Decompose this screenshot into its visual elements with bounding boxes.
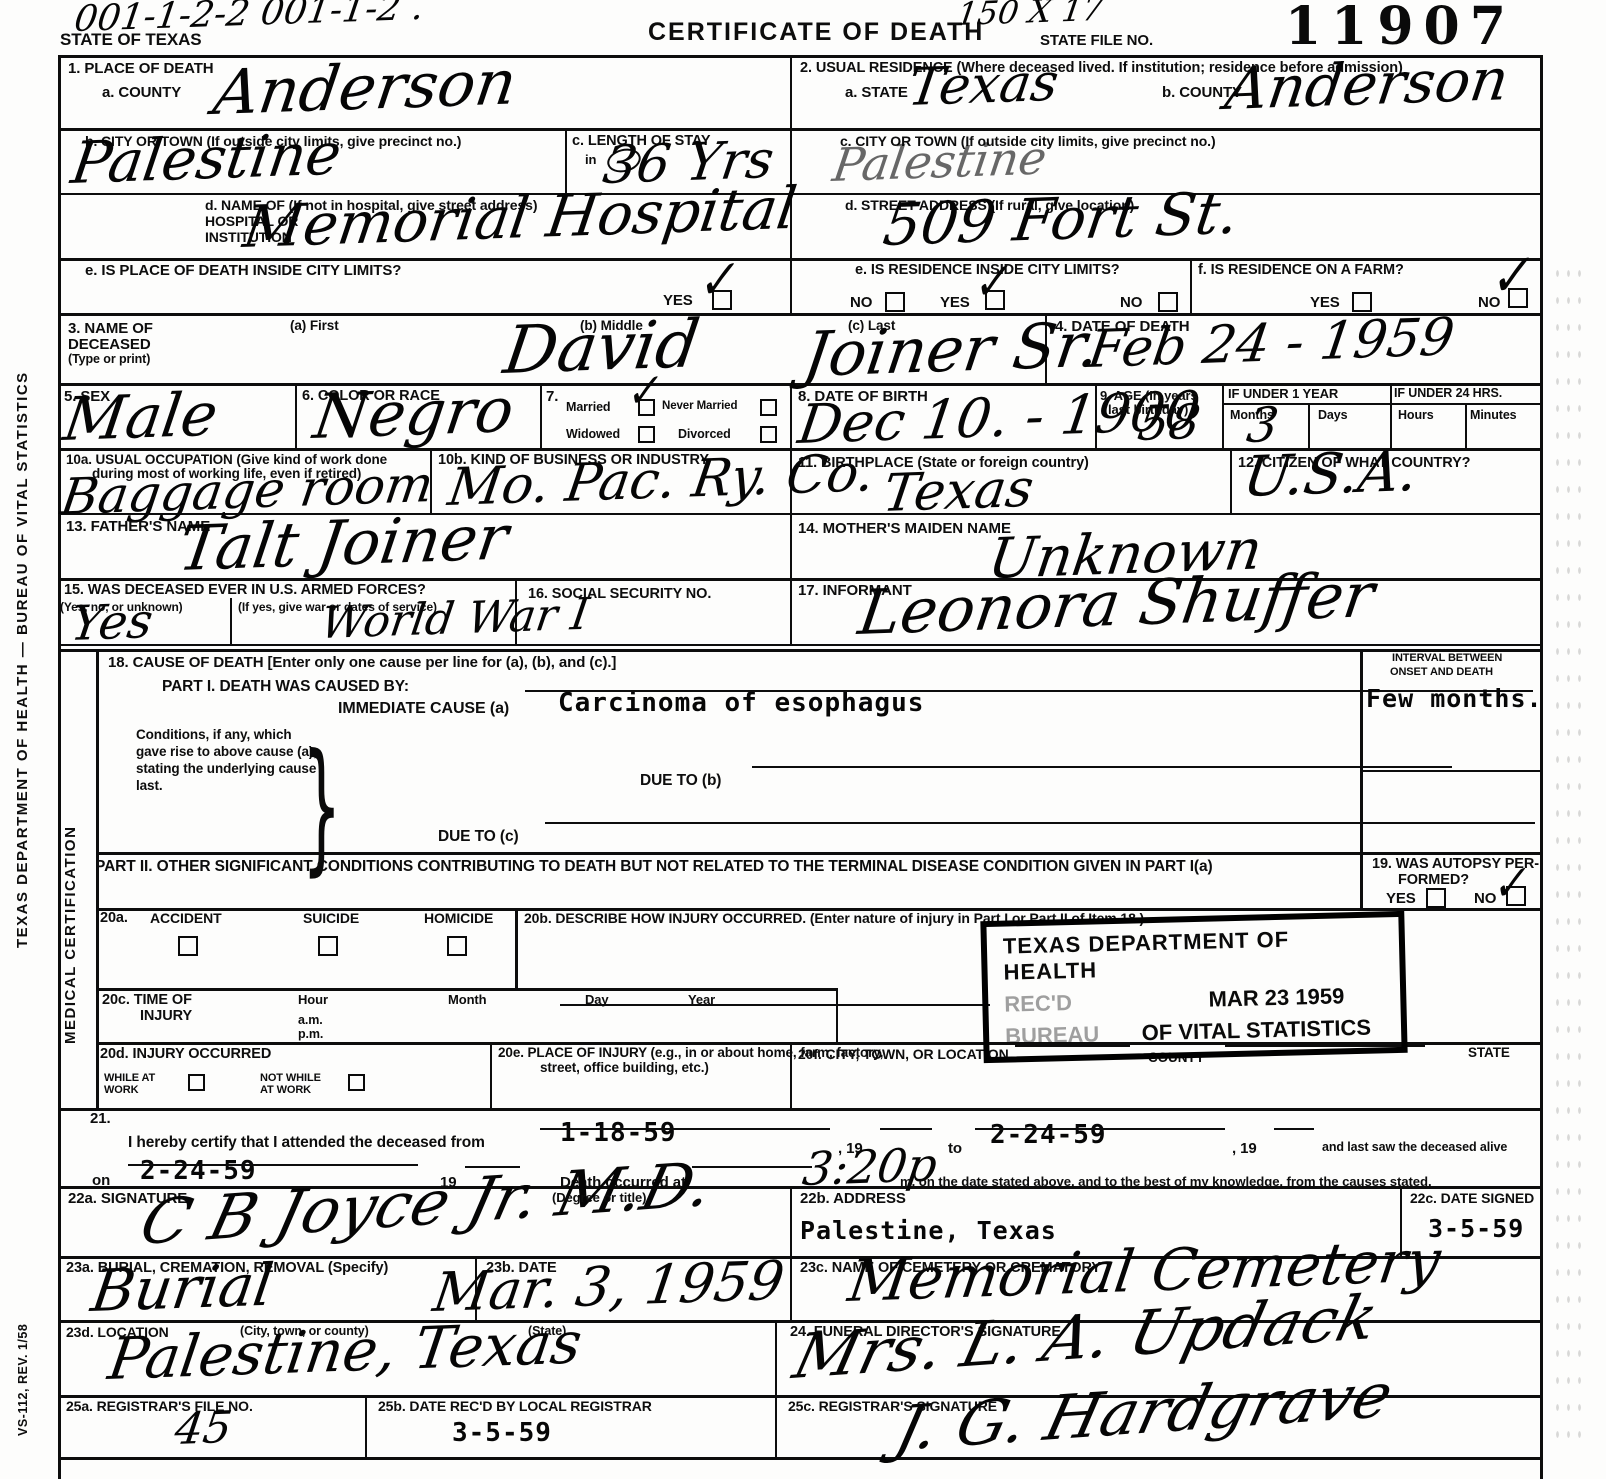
form-divider [365, 1395, 367, 1457]
injury-state-label: STATE [1468, 1045, 1510, 1060]
scan-noise [1552, 260, 1588, 1440]
form-divider [515, 908, 518, 988]
residence-limits-no-label: NO [1120, 294, 1142, 311]
citizen-value: U.S.A. [1240, 444, 1421, 506]
informant-value: Leonora Shuffer [855, 564, 1378, 644]
county-label: a. COUNTY [102, 84, 181, 101]
form-line [96, 988, 838, 991]
degree-or-title-label: (Degree or title) [552, 1190, 646, 1205]
city-or-town-value: Palestine [68, 125, 345, 192]
burial-date-value: Mar. 3, 1959 [430, 1254, 787, 1320]
residence-state-value: Texas [905, 57, 1062, 114]
interval-value: Few months. [1366, 684, 1543, 713]
name-of-deceased-label-3: (Type or print) [68, 352, 150, 366]
street-address-value: 509 Fort St. [880, 184, 1242, 254]
residence-limits-no-checkbox [1158, 292, 1178, 312]
if-under-24-hrs-label: IF UNDER 24 HRS. [1394, 386, 1502, 400]
hours-label: Hours [1398, 408, 1434, 422]
injury-city-label: 20f. CITY, TOWN, OR LOCATION [798, 1046, 1009, 1062]
form-divider [230, 598, 232, 646]
year-label: Year [688, 992, 715, 1007]
form-line [1360, 770, 1540, 772]
check-icon: ✓ [1489, 245, 1540, 307]
farm-yes-label: YES [1310, 294, 1340, 311]
form-border-right [1540, 55, 1543, 1479]
form-line [58, 1457, 1542, 1460]
homicide-label: HOMICIDE [424, 910, 493, 926]
married-label: Married [566, 400, 610, 414]
year-line [880, 1128, 932, 1130]
time-of-injury-label: 20c. TIME OF [102, 992, 192, 1008]
date-recd-value: 3-5-59 [452, 1418, 552, 1448]
check-icon: ✓ [625, 366, 666, 416]
not-while-at-work-label-2: AT WORK [260, 1084, 311, 1096]
year-line-b [1274, 1128, 1314, 1130]
autopsy-label-2: FORMED? [1398, 872, 1469, 888]
form-line [58, 644, 1542, 646]
residence-state-label: a. STATE [845, 84, 908, 101]
address-label: 22b. ADDRESS [800, 1190, 906, 1207]
check-icon: ✓ [1491, 858, 1534, 910]
hospital-name-value: Memorial Hospital [240, 179, 800, 256]
marital-status-label: 7. [546, 388, 558, 405]
form-line [58, 1108, 1542, 1111]
month-label: Month [448, 992, 486, 1007]
minutes-label: Minutes [1470, 408, 1517, 422]
date-recd-label: 25b. DATE REC'D BY LOCAL REGISTRAR [378, 1398, 652, 1414]
autopsy-yes-label: YES [1386, 890, 1416, 907]
divorced-label: Divorced [678, 427, 731, 441]
attended-to-date: 2-24-59 [990, 1120, 1107, 1150]
place-of-injury-label-2: street, office building, etc.) [540, 1060, 709, 1075]
suicide-checkbox [318, 936, 338, 956]
item-20a-label: 20a. [100, 910, 128, 926]
location-value: Palestine, Texas [105, 1314, 585, 1388]
header-note-handwriting: 150 X 17 [955, 0, 1105, 30]
form-divider [790, 1256, 792, 1320]
day-label: Day [585, 992, 609, 1007]
stamp-date: MAR 23 1959 [1208, 983, 1344, 1012]
part1-label: PART I. DEATH WAS CAUSED BY: [162, 678, 409, 696]
am-label: a.m. [298, 1013, 323, 1027]
time-of-injury-label-2: INJURY [140, 1008, 192, 1024]
form-divider [1465, 405, 1467, 450]
social-security-label: 16. SOCIAL SECURITY NO. [528, 586, 711, 602]
hour-label: Hour [298, 992, 328, 1007]
residence-county-value: Anderson [1222, 50, 1512, 118]
color-or-race-value: Negro [310, 379, 517, 448]
place-of-death-label: 1. PLACE OF DEATH [68, 60, 214, 77]
fathers-name-value: Talt Joiner [175, 507, 512, 580]
to-label: to [948, 1140, 962, 1157]
middle-name-label: (b) Middle [580, 318, 643, 333]
form-divider [790, 1186, 792, 1256]
pm-label: p.m. [298, 1027, 323, 1041]
divorced-checkbox [760, 426, 777, 443]
widowed-checkbox [638, 426, 655, 443]
if-under-1-year-label: IF UNDER 1 YEAR [1228, 386, 1338, 401]
while-at-work-label: WHILE AT [104, 1072, 155, 1084]
place-inside-limits-label: e. IS PLACE OF DEATH INSIDE CITY LIMITS? [85, 262, 401, 279]
stamp-line3: OF VITAL STATISTICS [1141, 1015, 1371, 1047]
injury-occurred-label: 20d. INJURY OCCURRED [100, 1046, 271, 1062]
name-of-deceased-label: 3. NAME OF [68, 320, 153, 337]
residence-limits-yes-label: YES [940, 294, 970, 311]
last-saw-alive-text: and last saw the deceased alive [1322, 1140, 1507, 1154]
part2-label: PART II. OTHER SIGNIFICANT CONDITIONS CO… [95, 858, 1213, 876]
form-divider [1190, 258, 1192, 315]
form-divider [836, 988, 838, 1042]
place-limits-no-checkbox [885, 292, 905, 312]
state-file-no-label: STATE FILE NO. [1040, 32, 1153, 49]
certificate-title: CERTIFICATE OF DEATH [648, 18, 984, 47]
year-19-label-b: , 19 [1232, 1140, 1257, 1157]
attended-from-date: 1-18-59 [560, 1118, 677, 1148]
stamp-bureau-label: BUREAU [1005, 1021, 1100, 1049]
burial-value: Burial [88, 1256, 277, 1320]
suicide-label: SUICIDE [303, 910, 359, 926]
death-certificate-scan: 001-1-2-2 001-1-2 . STATE OF TEXAS CERTI… [0, 0, 1606, 1479]
never-married-label: Never Married [662, 400, 737, 412]
registrar-file-no-value: 45 [172, 1406, 235, 1452]
autopsy-yes-checkbox [1426, 888, 1446, 908]
birthplace-value: Texas [880, 463, 1037, 520]
due-to-c-label: DUE TO (c) [438, 828, 519, 846]
accident-label: ACCIDENT [150, 910, 222, 926]
place-limits-no-label: NO [850, 294, 872, 311]
form-divider [1390, 383, 1392, 448]
conditions-note: Conditions, if any, which gave rise to a… [136, 726, 321, 794]
immediate-cause-label: IMMEDIATE CAUSE (a) [338, 700, 509, 718]
due-to-c-line [545, 822, 1535, 824]
while-at-work-label-2: WORK [104, 1084, 138, 1096]
interval-label-2: ONSET AND DEATH [1390, 666, 1493, 678]
state-of-texas-label: STATE OF TEXAS [60, 30, 202, 50]
residence-farm-label: f. IS RESIDENCE ON A FARM? [1198, 262, 1404, 278]
days-label: Days [1318, 408, 1347, 422]
age-value: 58 [1135, 398, 1203, 448]
sex-value: Male [60, 385, 221, 450]
never-married-checkbox [760, 399, 777, 416]
on-label: on [92, 1172, 110, 1189]
immediate-cause-value: Carcinoma of esophagus [558, 688, 924, 718]
county-value: Anderson [210, 52, 520, 124]
margin-department-text: TEXAS DEPARTMENT OF HEALTH — BUREAU OF V… [14, 240, 31, 1080]
form-divider [1222, 383, 1224, 448]
length-of-stay-in-label: in [585, 152, 596, 167]
cause-of-death-label: 18. CAUSE OF DEATH [Enter only one cause… [108, 654, 616, 671]
certify-text-end: m. on the date stated above, and to the … [900, 1174, 1432, 1189]
form-divider [790, 383, 792, 646]
form-divider [1360, 649, 1363, 908]
widowed-label: Widowed [566, 427, 620, 441]
check-icon: ✓ [697, 252, 744, 309]
form-divider [96, 649, 99, 1108]
name-of-deceased-label-2: DECEASED [68, 336, 151, 353]
form-divider [775, 1320, 777, 1395]
first-name-label: (a) First [290, 318, 339, 333]
received-stamp: TEXAS DEPARTMENT OF HEALTH REC'D MAR 23 … [980, 911, 1407, 1063]
form-border-left [58, 55, 61, 1479]
form-line [560, 1004, 990, 1006]
farm-yes-checkbox [1352, 292, 1372, 312]
check-icon: ✓ [972, 254, 1017, 309]
residence-city-value: Palestine [830, 135, 1050, 188]
homicide-checkbox [447, 936, 467, 956]
form-divider [540, 383, 542, 448]
due-to-b-label: DUE TO (b) [640, 772, 721, 790]
due-to-b-line [752, 766, 1452, 768]
not-while-at-work-label: NOT WHILE [260, 1072, 321, 1084]
months-value: 3 [1244, 401, 1281, 450]
armed-forces-value: Yes [68, 597, 156, 648]
stamp-recd-label: REC'D [1004, 990, 1072, 1018]
form-divider [295, 383, 297, 448]
margin-form-number: VS-112, REV. 1/58 [16, 1300, 30, 1460]
certify-text: I hereby certify that I attended the dec… [128, 1134, 485, 1152]
item-21-label: 21. [90, 1110, 111, 1127]
not-while-at-work-checkbox [348, 1074, 365, 1091]
form-divider [490, 1042, 492, 1108]
from-date-line [540, 1128, 830, 1130]
while-at-work-checkbox [188, 1074, 205, 1091]
form-divider [775, 1395, 777, 1457]
form-divider [1230, 448, 1232, 515]
date-of-death-value: Feb 24 - 1959 [1085, 311, 1457, 376]
on-date-line [128, 1164, 418, 1166]
form-line [58, 649, 1542, 652]
interval-label: INTERVAL BETWEEN [1392, 652, 1502, 664]
to-date-line [975, 1128, 1225, 1130]
stamp-line1: TEXAS DEPARTMENT OF HEALTH [1003, 924, 1384, 985]
mothers-maiden-name-label: 14. MOTHER'S MAIDEN NAME [798, 520, 1011, 537]
margin-medical-certification-text: MEDICAL CERTIFICATION [62, 770, 79, 1100]
accident-checkbox [178, 936, 198, 956]
date-signed-label: 22c. DATE SIGNED [1410, 1190, 1534, 1206]
